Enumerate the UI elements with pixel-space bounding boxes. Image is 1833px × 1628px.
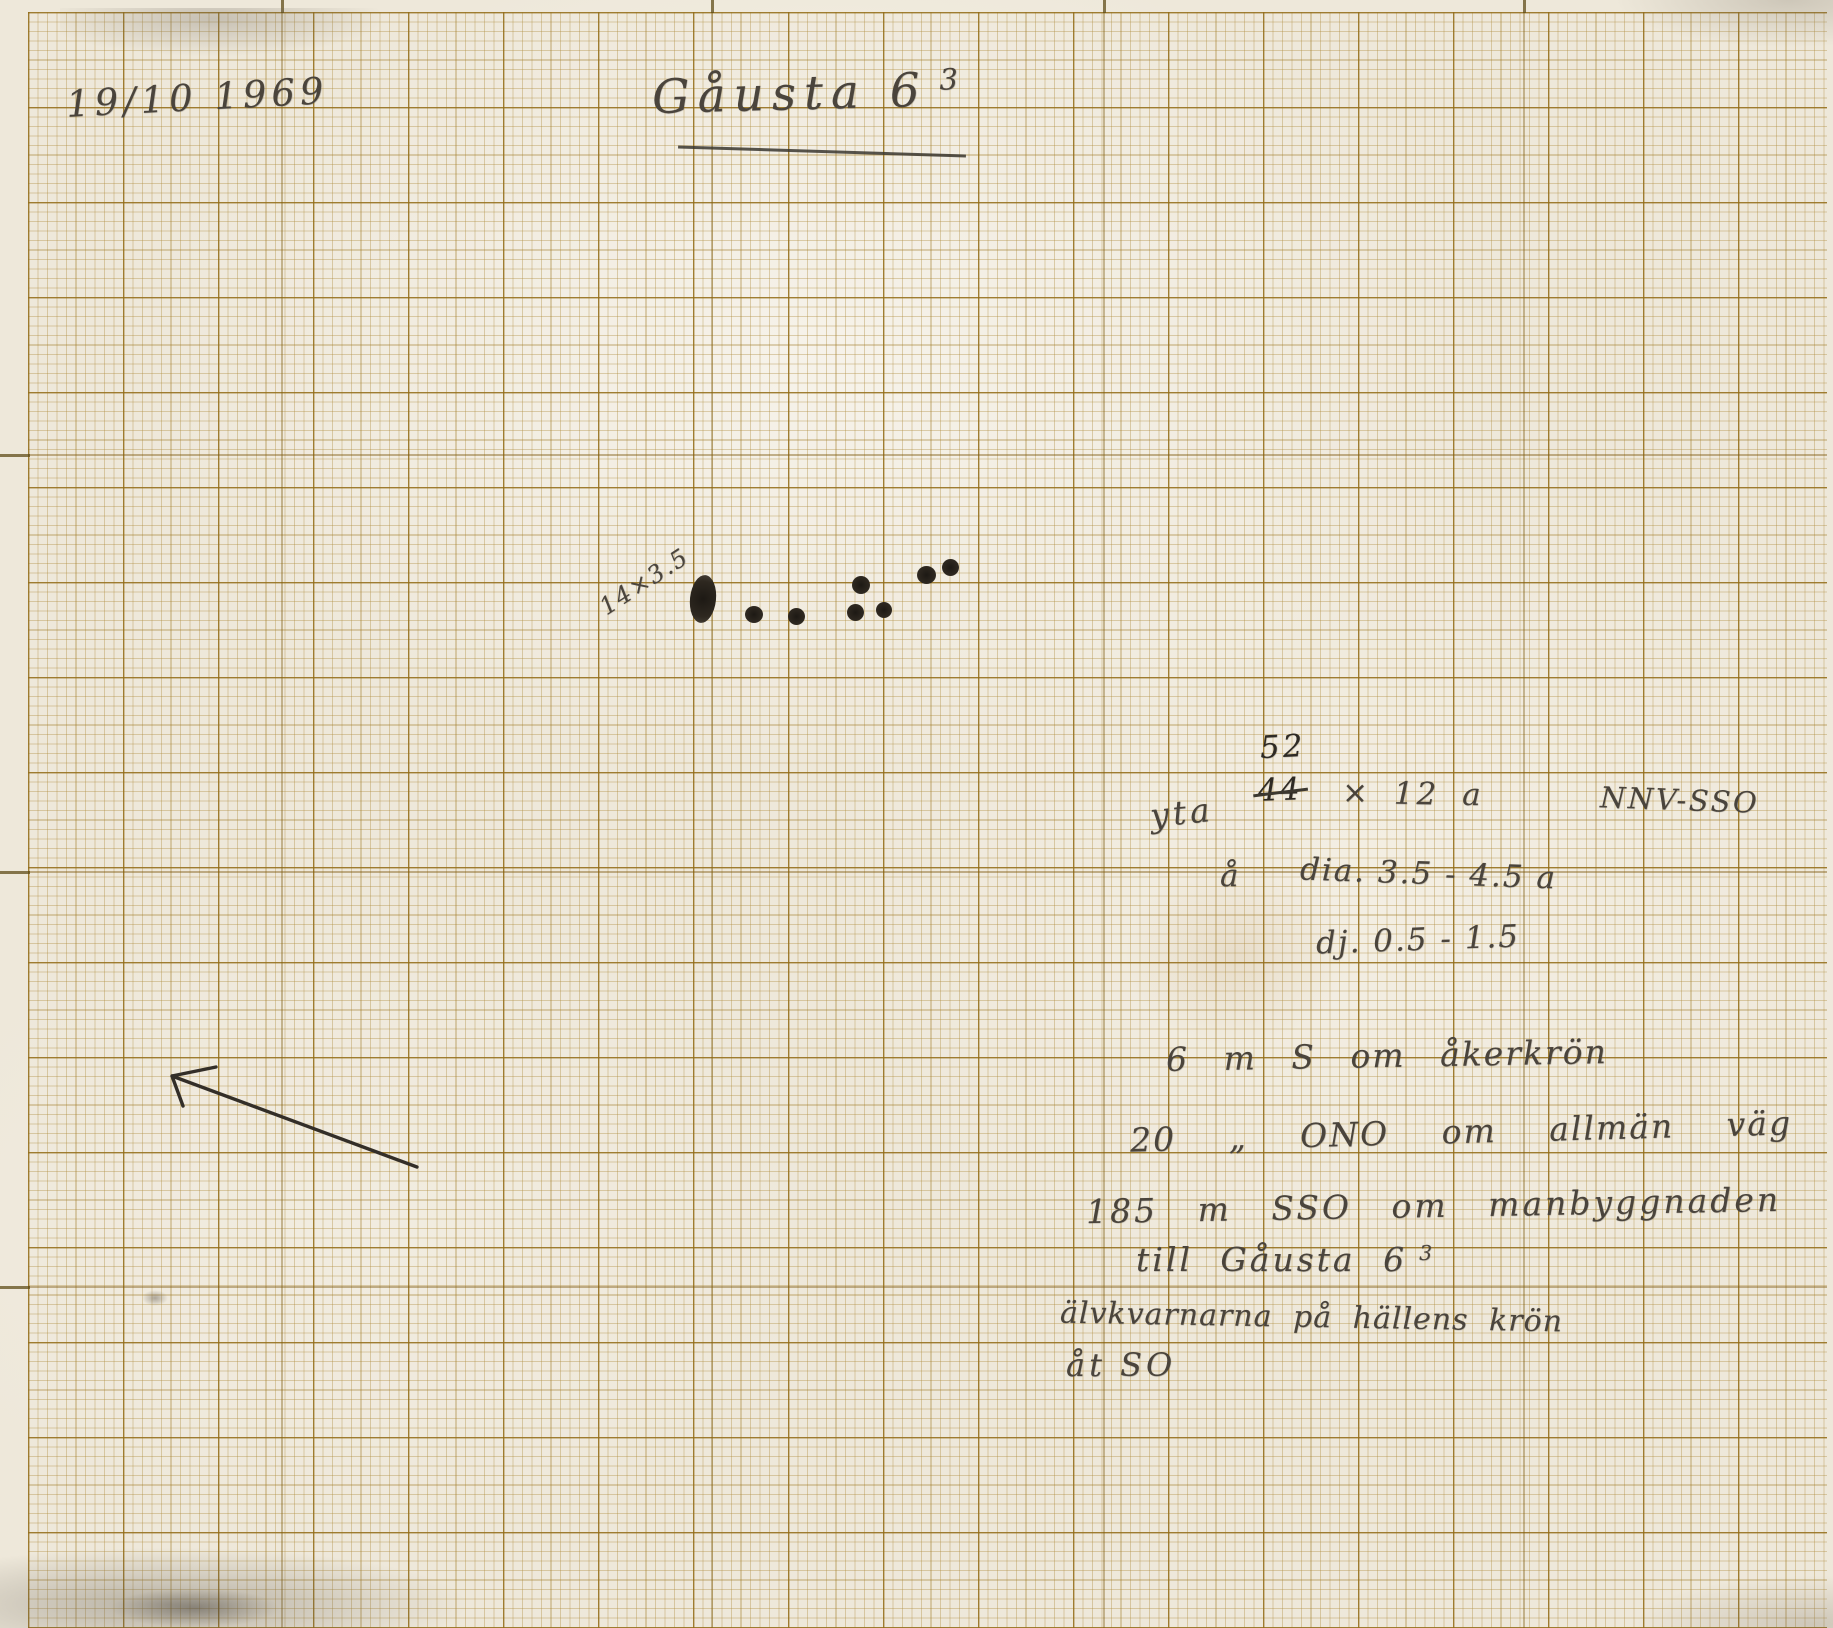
- gausta-ref-superscript: 3: [1419, 1241, 1435, 1265]
- grid-margin-tick: [1523, 0, 1526, 13]
- grid-major-line: [28, 1286, 1827, 1288]
- width-corrected-value: 52: [1259, 728, 1306, 766]
- cup-mark: [788, 608, 805, 625]
- grid-margin-tick: [0, 871, 30, 874]
- site-title-text: Gåusta 6: [651, 63, 928, 125]
- grid-margin-tick: [0, 454, 30, 457]
- location-line-6: åt SO: [1066, 1346, 1176, 1384]
- graph-paper-sheet: 19/10 1969 Gåusta 63 14×3.5 yta 52 44 × …: [0, 0, 1833, 1628]
- cup-mark: [847, 604, 864, 621]
- cup-mark: [942, 559, 959, 576]
- width-dimension: × 12 a: [1342, 775, 1484, 813]
- cup-mark: [876, 602, 892, 618]
- cup-mark: [745, 606, 763, 623]
- site-title-superscript: 3: [939, 62, 966, 97]
- grid-major-line: [281, 12, 283, 1628]
- grid-major-line: [28, 454, 1827, 456]
- width-struck-value: 44: [1257, 771, 1302, 808]
- struck-text: 44: [1257, 771, 1302, 808]
- surface-label: yta: [1148, 790, 1215, 835]
- grid-margin-tick: [711, 0, 714, 13]
- depth-note: dj. 0.5 - 1.5: [1315, 918, 1520, 961]
- diameter-prefix: å: [1220, 858, 1238, 894]
- grid-major-line: [1103, 12, 1105, 1628]
- location-line-4: till Gåusta 63: [1136, 1240, 1435, 1279]
- millimeter-grid: [28, 12, 1827, 1628]
- cup-mark: [852, 576, 870, 594]
- location-line-1: 6 m S om åkerkrön: [1166, 1032, 1609, 1079]
- grid-major-line: [711, 12, 713, 1628]
- grid-margin-tick: [1103, 0, 1106, 13]
- gausta-ref-text: till Gåusta 6: [1136, 1240, 1407, 1279]
- site-title: Gåusta 63: [651, 62, 967, 125]
- orientation-label: NNV-SSO: [1599, 780, 1759, 820]
- grid-margin-tick: [281, 0, 284, 13]
- cup-mark: [917, 566, 936, 584]
- grid-margin-tick: [0, 1286, 30, 1289]
- grid-major-line: [1523, 12, 1525, 1628]
